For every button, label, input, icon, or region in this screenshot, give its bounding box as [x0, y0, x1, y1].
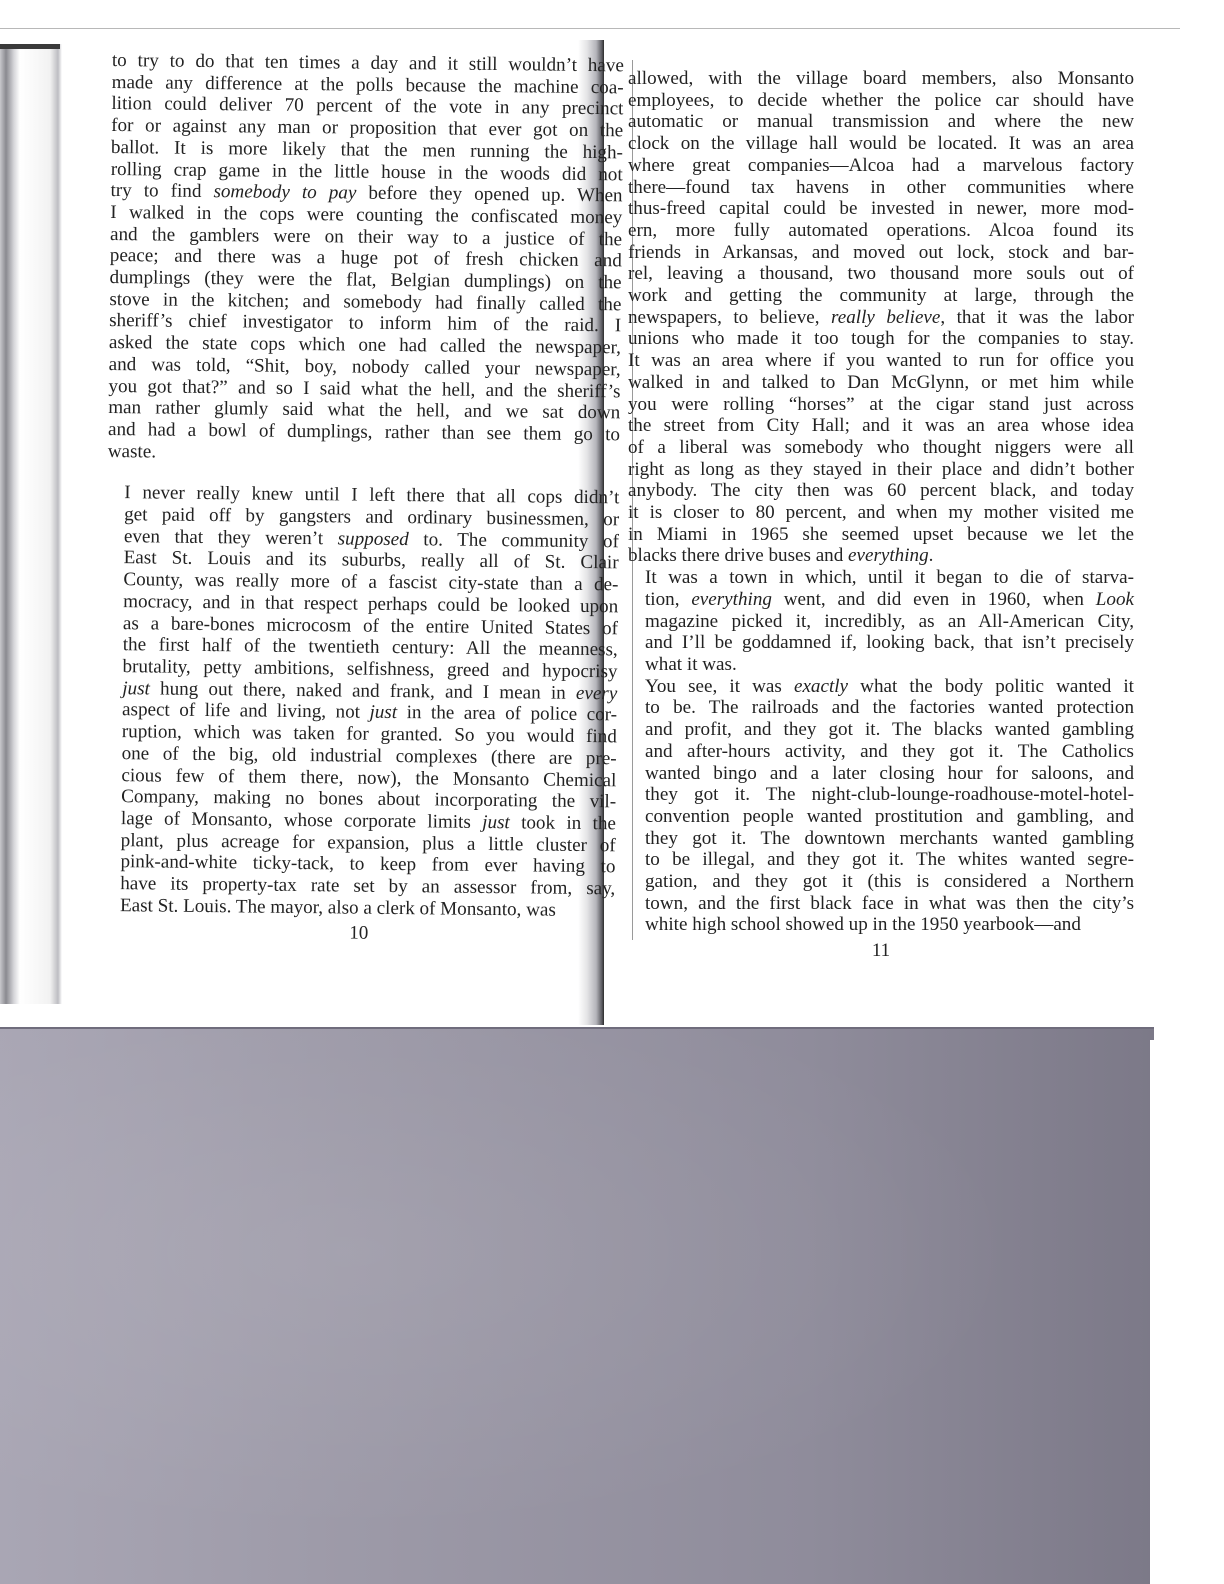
text-line: tion, everything went, and did even in 1…	[628, 589, 1134, 611]
text-line: gation, and they got it (this is conside…	[628, 871, 1134, 893]
scanner-bed-background	[0, 1027, 1154, 1584]
text-line: right as long as they stayed in their pl…	[628, 459, 1134, 481]
italic-emphasis: everything	[848, 545, 929, 566]
italic-emphasis: supposed	[338, 528, 409, 550]
text-line: East St. Louis. The mayor, also a clerk …	[103, 895, 615, 922]
italic-emphasis: every	[576, 683, 618, 704]
text-line: rel, leaving a thousand, two thousand mo…	[628, 263, 1134, 285]
text-line: clock on the village hall would be locat…	[628, 133, 1134, 155]
text-line: they got it. The downtown merchants want…	[628, 828, 1134, 850]
text-line: You see, it was exactly what the body po…	[628, 676, 1134, 698]
text-line: and I’ll be goddamned if, looking back, …	[628, 632, 1134, 654]
text-line: it is closer to 80 percent, and when my …	[628, 502, 1134, 524]
text-line: friends in Arkansas, and moved out lock,…	[628, 242, 1134, 264]
italic-emphasis: somebody to pay	[213, 181, 356, 203]
text-line: convention people wanted prostitution an…	[628, 806, 1134, 828]
text-line: It was a town in which, until it began t…	[628, 567, 1134, 589]
paragraph: allowed, with the village board members,…	[628, 68, 1134, 567]
text-line: automatic or manual transmission and whe…	[628, 111, 1134, 133]
text-line: to be illegal, and they got it. The whit…	[628, 849, 1134, 871]
text-line: the street from City Hall; and it was an…	[628, 415, 1134, 437]
page-number-left: 10	[103, 920, 615, 947]
text-line: white high school showed up in the 1950 …	[628, 914, 1134, 936]
left-binding-shadow	[0, 44, 62, 1004]
page-number-right: 11	[628, 940, 1134, 962]
scan-top-edge	[0, 28, 1180, 29]
text-line: of a liberal was somebody who thought ni…	[628, 437, 1134, 459]
text-line: employees, to decide whether the police …	[628, 90, 1134, 112]
text-line: there—found tax havens in other communit…	[628, 177, 1134, 199]
text-line: what it was.	[628, 654, 1134, 676]
text-line: where great companies—Alcoa had a marvel…	[628, 155, 1134, 177]
italic-emphasis: just	[482, 812, 510, 833]
italic-emphasis: exactly	[794, 676, 848, 697]
paragraph: I never really knew until I left there t…	[103, 482, 620, 921]
text-line: blacks there drive buses and everything.	[628, 545, 1134, 567]
text-line: anybody. The city then was 60 percent bl…	[628, 480, 1134, 502]
italic-emphasis: just	[122, 678, 150, 699]
italic-emphasis: everything	[691, 589, 772, 610]
text-line: thus-freed capital could be invested in …	[628, 198, 1134, 220]
text-line: walked in and talked to Dan McGlynn, or …	[628, 372, 1134, 394]
text-line: and after-hours activity, and they got i…	[628, 741, 1134, 763]
right-page: allowed, with the village board members,…	[628, 68, 1134, 962]
italic-emphasis: really believe	[831, 307, 940, 328]
left-page-body: to try to do that ten times a day and it…	[103, 50, 624, 922]
binding-cap	[0, 44, 60, 49]
text-line: ern, more fully automated operations. Al…	[628, 220, 1134, 242]
text-line: allowed, with the village board members,…	[628, 68, 1134, 90]
text-line: It was an area where if you wanted to ru…	[628, 350, 1134, 372]
left-page: to try to do that ten times a day and it…	[103, 50, 624, 948]
text-line: town, and the first black face in what w…	[628, 893, 1134, 915]
text-line: work and getting the community at large,…	[628, 285, 1134, 307]
text-line: and profit, and they got it. The blacks …	[628, 719, 1134, 741]
text-line: magazine picked it, incredibly, as an Al…	[628, 611, 1134, 633]
text-line: in Miami in 1965 she seemed upset becaus…	[628, 524, 1134, 546]
paragraph: to try to do that ten times a day and it…	[108, 50, 624, 468]
text-line: unions who made it too tough for the com…	[628, 328, 1134, 350]
scan-margin	[1150, 1040, 1224, 1584]
text-line: newspapers, to believe, really believe, …	[628, 307, 1134, 329]
text-line: they got it. The night-club-lounge-roadh…	[628, 784, 1134, 806]
paragraph: It was a town in which, until it began t…	[628, 567, 1134, 676]
right-page-body: allowed, with the village board members,…	[628, 68, 1134, 936]
italic-emphasis: Look	[1096, 589, 1134, 610]
text-line: to be. The railroads and the factories w…	[628, 697, 1134, 719]
text-line: wanted bingo and a later closing hour fo…	[628, 763, 1134, 785]
text-line: you were rolling “horses” at the cigar s…	[628, 394, 1134, 416]
italic-emphasis: just	[369, 702, 397, 723]
paragraph: You see, it was exactly what the body po…	[628, 676, 1134, 936]
